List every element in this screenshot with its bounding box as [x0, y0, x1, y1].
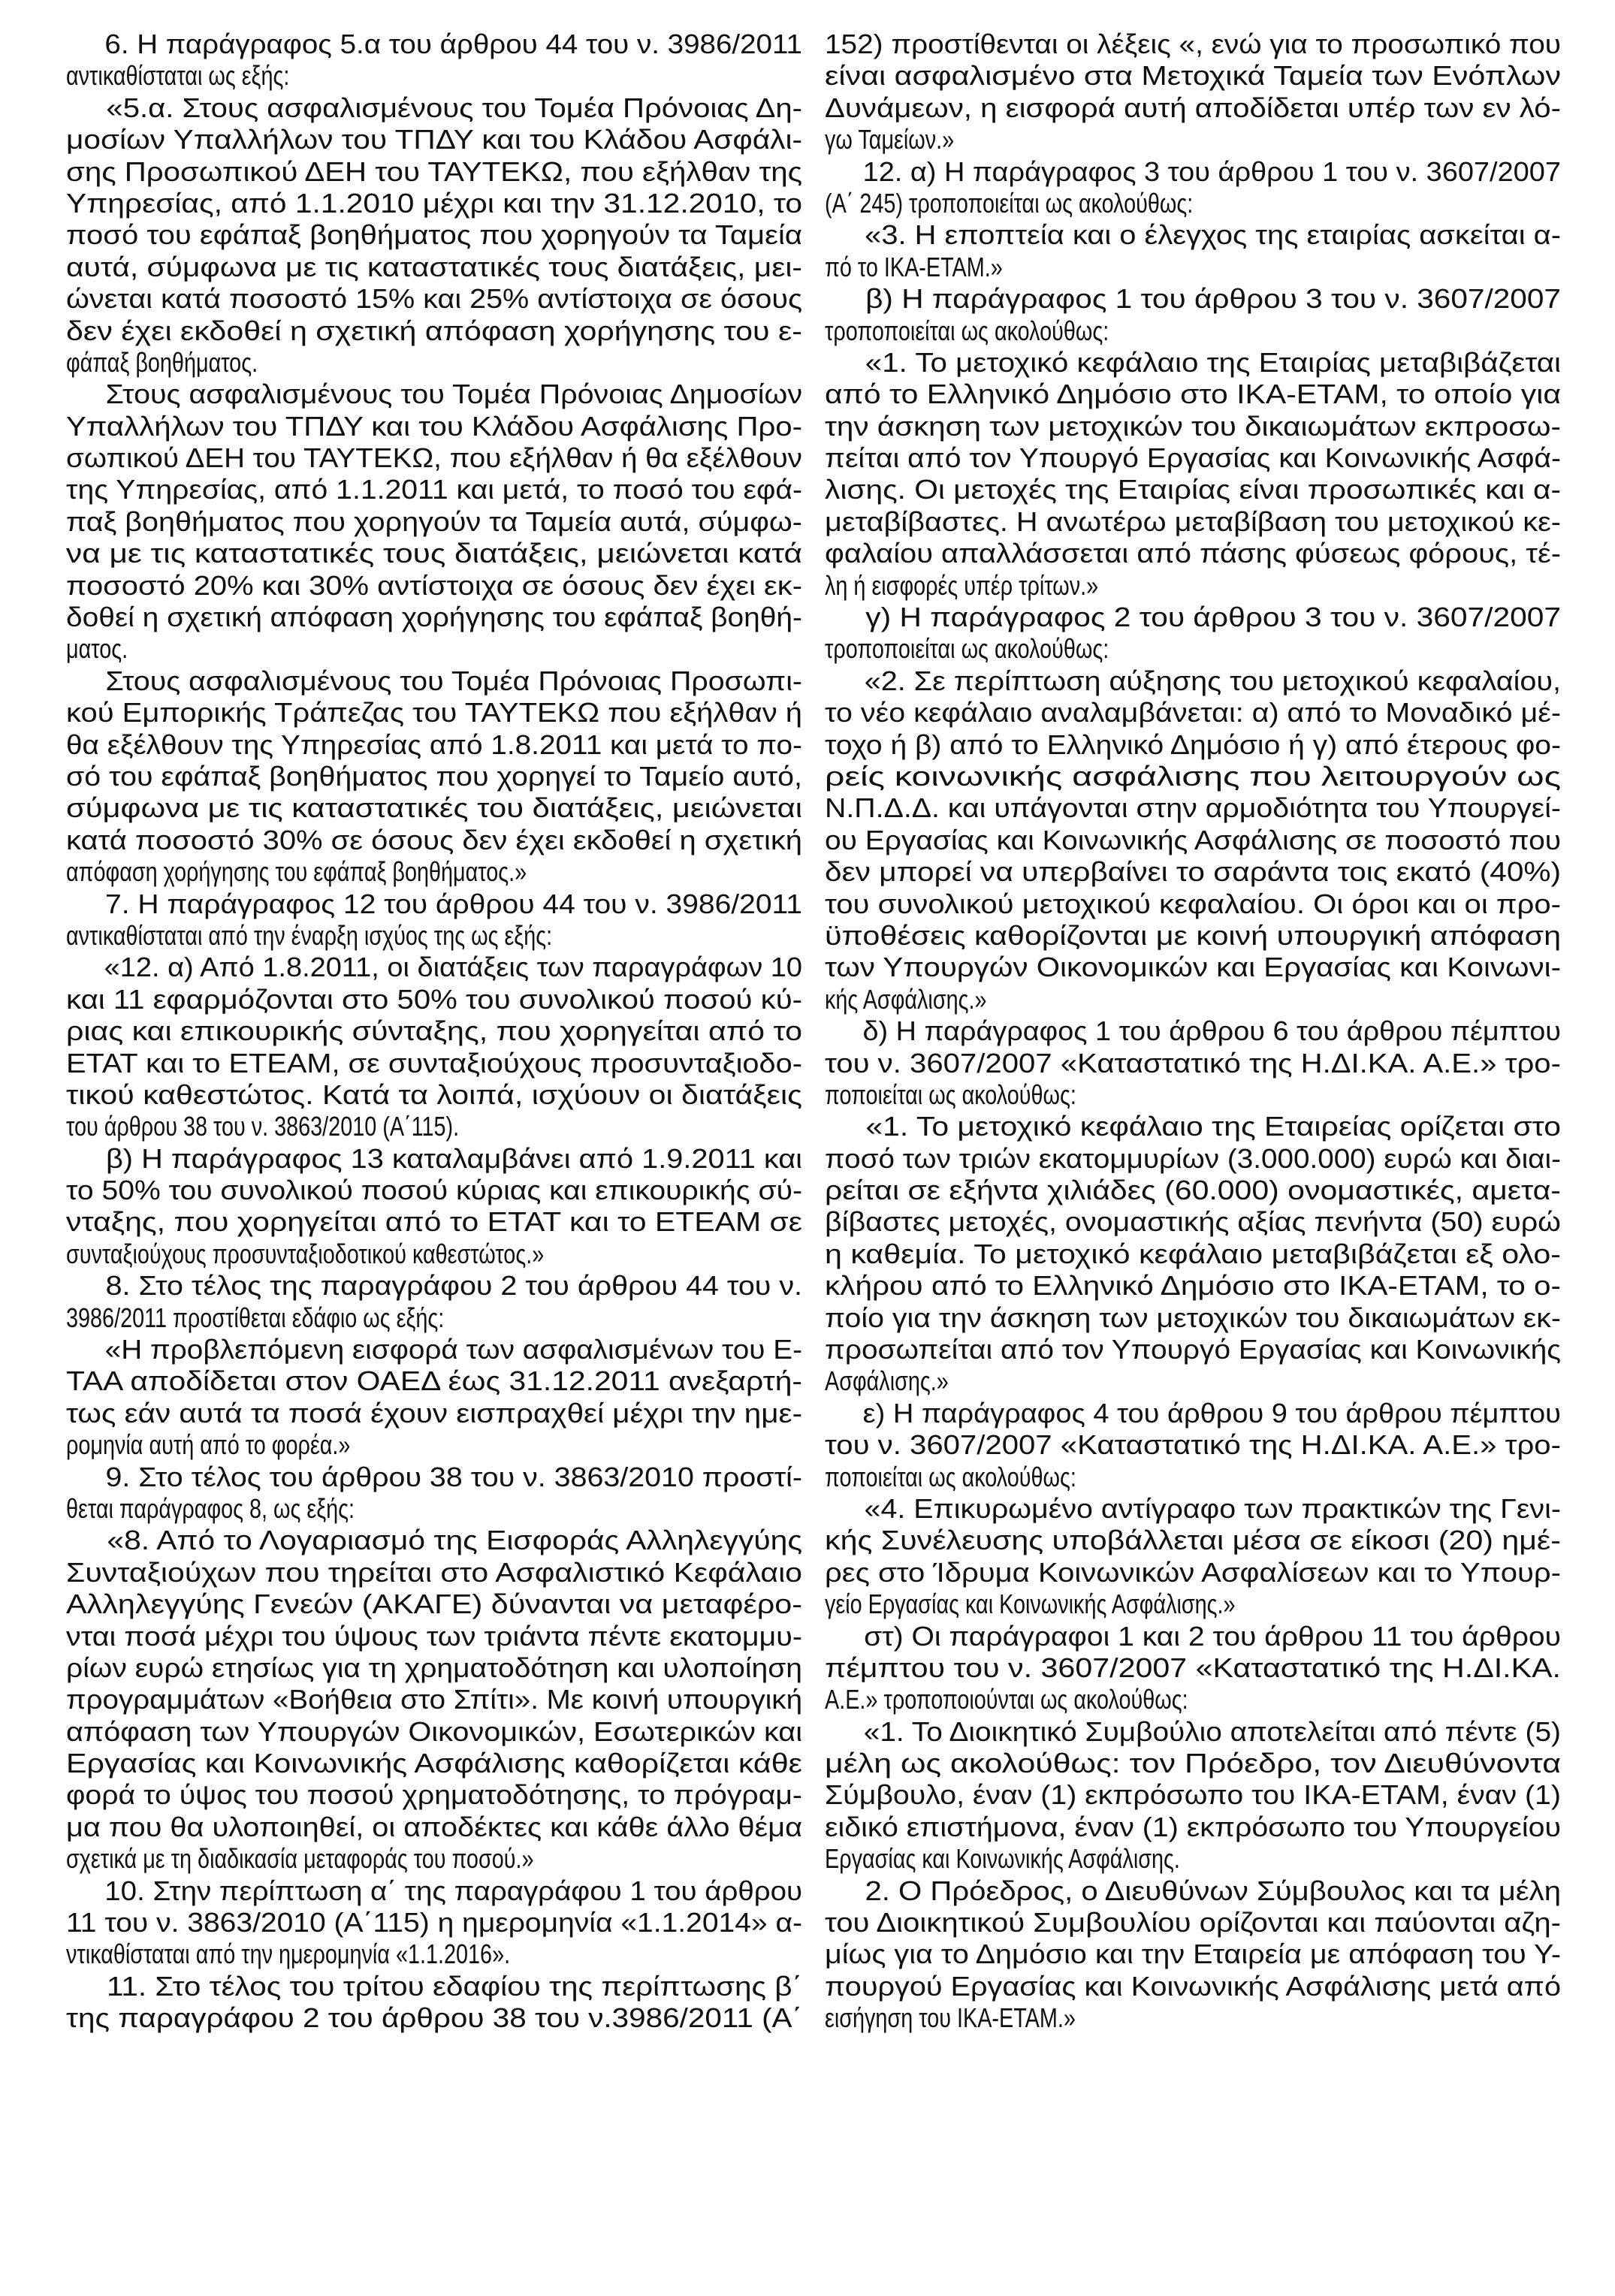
paragraph-first-line: «1. Το Διοικητικό Συμβούλιο αποτελείται …	[825, 1716, 1561, 1748]
paragraph-first-line: «2. Σε περίπτωση αύξησης του μετοχικού κ…	[825, 665, 1561, 697]
line-text: Αλληλεγγύης Γενεών (ΑΚΑΓΕ) δύνανται να μ…	[66, 1588, 802, 1620]
line-text: του άρθρου 38 του ν. 3863/2010 (Α΄115).	[66, 1111, 459, 1142]
line-text: Ασφάλισης.»	[825, 1365, 949, 1397]
line-text: Δυνάμεων, η εισφορά αυτή αποδίδεται υπέρ…	[825, 92, 1561, 124]
paragraph-first-line: «12. α) Από 1.8.2011, οι διατάξεις των π…	[66, 952, 802, 983]
paragraph-first-line: 10. Στην περίπτωση α΄ της παραγράφου 1 τ…	[66, 1875, 802, 1907]
line-text: ποσοστό 20% και 30% αντίστοιχα σε όσους …	[66, 570, 802, 602]
line-text: του ν. 3607/2007 «Καταστατικό της Η.ΔΙ.Κ…	[825, 1048, 1561, 1079]
text-line: 11 του ν. 3863/2010 (Α΄115) η ημερομηνία…	[66, 1907, 802, 1938]
line-text: αντικαθίσταται ως εξής:	[66, 60, 289, 92]
text-line: η καθεμία. Το μετοχικό κεφάλαιο μεταβιβά…	[825, 1239, 1561, 1270]
paragraph-first-line: ε) Η παράγραφος 4 του άρθρου 9 του άρθρο…	[825, 1398, 1561, 1429]
text-line: ρείται σε εξήντα χιλιάδες (60.000) ονομα…	[825, 1175, 1561, 1206]
text-line: ρείς κοινωνικής ασφάλισης που λειτουργού…	[825, 761, 1561, 792]
line-text: ποποιείται ως ακολούθως:	[825, 1079, 1076, 1111]
line-text: συνταξιούχους προσυνταξιοδοτικού καθεστώ…	[66, 1239, 544, 1270]
line-text: γ) Η παράγραφος 2 του άρθρου 3 του ν. 36…	[825, 602, 1561, 633]
text-line: τικού καθεστώτος. Κατά τα λοιπά, ισχύουν…	[66, 1079, 802, 1111]
line-text: του ν. 3607/2007 «Καταστατικό της Η.ΔΙ.Κ…	[825, 1429, 1561, 1461]
line-text: της Υπηρεσίας, από 1.1.2011 και μετά, το…	[66, 474, 802, 505]
paragraph-first-line: «1. Το μετοχικό κεφάλαιο της Εταιρείας ο…	[825, 1111, 1561, 1142]
paragraph-first-line: «3. Η εποπτεία και ο έλεγχος της εταιρία…	[825, 219, 1561, 251]
line-text: η καθεμία. Το μετοχικό κεφάλαιο μεταβιβά…	[825, 1239, 1561, 1270]
text-line: φαλαίου απαλλάσσεται από πάσης φύσεως φό…	[825, 538, 1561, 569]
line-text: φαλαίου απαλλάσσεται από πάσης φύσεως φό…	[825, 538, 1561, 569]
text-line: προγραμμάτων «Βοήθεια στο Σπίτι». Με κοι…	[66, 1684, 802, 1715]
line-text: μοσίων Υπαλλήλων του ΤΠΔΥ και του Κλάδου…	[66, 124, 802, 155]
text-line: τροποποιείται ως ακολούθως:	[825, 315, 1561, 347]
right-text-column: 152) προστίθενται οι λέξεις «, ενώ για τ…	[825, 29, 1561, 2035]
line-text: ριας και επικουρικής σύνταξης, που χορηγ…	[66, 1015, 802, 1047]
text-line: ποποιείται ως ακολούθως:	[825, 1079, 1561, 1111]
line-text: δοθεί η σχετική απόφαση χορήγησης του εφ…	[66, 602, 802, 633]
text-line: ου Εργασίας και Κοινωνικής Ασφάλισης σε …	[825, 825, 1561, 856]
text-line: το 50% του συνολικού ποσού κύριας και επ…	[66, 1175, 802, 1206]
line-text: πείται από τον Υπουργό Εργασίας και Κοιν…	[825, 442, 1561, 474]
text-line: ποσό του εφάπαξ βοηθήματος που χορηγούν …	[66, 219, 802, 251]
line-text: του συνολικού μετοχικού κεφαλαίου. Οι όρ…	[825, 889, 1561, 920]
line-text: της παραγράφου 2 του άρθρου 38 του ν.398…	[66, 2002, 802, 2034]
text-line: γω Ταμείων.»	[825, 124, 1561, 155]
line-text: ου Εργασίας και Κοινωνικής Ασφάλισης σε …	[825, 825, 1561, 856]
text-line: 152) προστίθενται οι λέξεις «, ενώ για τ…	[825, 29, 1561, 60]
line-text: ποίο για την άσκηση των μετοχικών του δι…	[825, 1302, 1561, 1334]
line-text: είναι ασφαλισμένο στα Μετοχικά Ταμεία τω…	[825, 60, 1561, 92]
text-line: κλήρου από το Ελληνικό Δημόσιο στο ΙΚΑ-Ε…	[825, 1270, 1561, 1302]
line-text: «8. Από το Λογαριασμό της Εισφοράς Αλληλ…	[66, 1525, 802, 1556]
text-line: (Α΄ 245) τροποποιείται ως ακολούθως:	[825, 188, 1561, 219]
line-text: «5.α. Στους ασφαλισμένους του Τομέα Πρόν…	[66, 92, 802, 124]
text-line: Α.Ε.» τροποποιούνται ως ακολούθως:	[825, 1684, 1561, 1715]
line-text: «2. Σε περίπτωση αύξησης του μετοχικού κ…	[825, 665, 1561, 697]
line-text: ρείς κοινωνικής ασφάλισης που λειτουργού…	[825, 761, 1561, 792]
text-line: τροποποιείται ως ακολούθως:	[825, 633, 1561, 665]
text-line: θα εξέλθουν της Υπηρεσίας από 1.8.2011 κ…	[66, 729, 802, 761]
text-line: σωπικού ΔΕΗ του ΤΑΥΤΕΚΩ, που εξήλθαν ή θ…	[66, 442, 802, 474]
line-text: ποποιείται ως ακολούθως:	[825, 1462, 1076, 1493]
paragraph-first-line: 11. Στο τέλος του τρίτου εδαφίου της περ…	[66, 1971, 802, 2002]
text-line: νται ποσά μέχρι του ύψους των τριάντα πέ…	[66, 1621, 802, 1652]
line-text: ποσό του εφάπαξ βοηθήματος που χορηγούν …	[66, 219, 802, 251]
line-text: 12. α) Η παράγραφος 3 του άρθρου 1 του ν…	[825, 156, 1561, 188]
text-line: αντικαθίσταται από την έναρξη ισχύος της…	[66, 920, 802, 952]
line-text: ρες στο Ίδρυμα Κοινωνικών Ασφαλίσεων και…	[825, 1557, 1561, 1588]
text-line: απόφαση των Υπουργών Οικονομικών, Εσωτερ…	[66, 1716, 802, 1748]
line-text: απόφαση των Υπουργών Οικονομικών, Εσωτερ…	[66, 1716, 802, 1748]
text-line: δεν μπορεί να υπερβαίνει το σαράντα τοις…	[825, 856, 1561, 888]
line-text: 6. Η παράγραφος 5.α του άρθρου 44 του ν.…	[66, 29, 802, 60]
text-line: 3986/2011 προστίθεται εδάφιο ως εξής:	[66, 1302, 802, 1334]
text-line: πείται από τον Υπουργό Εργασίας και Κοιν…	[825, 442, 1561, 474]
text-line: και 11 εφαρμόζονται στο 50% του συνολικο…	[66, 984, 802, 1015]
text-line: Εργασίας και Κοινωνικής Ασφάλισης.	[825, 1843, 1561, 1875]
text-line: λισης. Οι μετοχές της Εταιρίας είναι προ…	[825, 474, 1561, 505]
text-line: του συνολικού μετοχικού κεφαλαίου. Οι όρ…	[825, 889, 1561, 920]
line-text: τροποποιείται ως ακολούθως:	[825, 315, 1109, 347]
line-text: σχετικά με τη διαδικασία μεταφοράς του π…	[66, 1843, 534, 1875]
text-line: του ν. 3607/2007 «Καταστατικό της Η.ΔΙ.Κ…	[825, 1048, 1561, 1079]
line-text: Στους ασφαλισμένους του Τομέα Πρόνοιας Π…	[66, 665, 802, 697]
line-text: Σύμβουλο, έναν (1) εκπρόσωπο του ΙΚΑ-ΕΤΑ…	[825, 1779, 1561, 1811]
line-text: Εργασίας και Κοινωνικής Ασφάλισης.	[825, 1843, 1180, 1875]
text-line: ποσοστό 20% και 30% αντίστοιχα σε όσους …	[66, 570, 802, 602]
line-text: εισήγηση του ΙΚΑ-ΕΤΑΜ.»	[825, 2002, 1076, 2034]
text-line: της Υπηρεσίας, από 1.1.2011 και μετά, το…	[66, 474, 802, 505]
line-text: ώνεται κατά ποσοστό 15% και 25% αντίστοι…	[66, 283, 802, 315]
text-line: Σύμβουλο, έναν (1) εκπρόσωπο του ΙΚΑ-ΕΤΑ…	[825, 1779, 1561, 1811]
line-text: θεται παράγραφος 8, ως εξής:	[66, 1493, 355, 1525]
line-text: απόφαση χορήγησης του εφάπαξ βοηθήματος.…	[66, 856, 527, 888]
text-line: το νέο κεφάλαιο αναλαμβάνεται: α) από το…	[825, 697, 1561, 729]
text-line: Αλληλεγγύης Γενεών (ΑΚΑΓΕ) δύνανται να μ…	[66, 1588, 802, 1620]
text-line: Εργασίας και Κοινωνικής Ασφάλισης καθορί…	[66, 1748, 802, 1779]
text-line: Ν.Π.Δ.Δ. και υπάγονται στην αρμοδιότητα …	[825, 792, 1561, 824]
text-line: ριας και επικουρικής σύνταξης, που χορηγ…	[66, 1015, 802, 1047]
line-text: μέλη ως ακολούθως: τον Πρόεδρο, τον Διευ…	[825, 1748, 1561, 1779]
line-text: τως εάν αυτά τα ποσά έχουν εισπραχθεί μέ…	[66, 1398, 802, 1429]
line-text: Υπαλλήλων του ΤΠΔΥ και του Κλάδου Ασφάλι…	[66, 411, 802, 442]
line-text: και 11 εφαρμόζονται στο 50% του συνολικο…	[66, 984, 802, 1015]
line-text: φάπαξ βοηθήματος.	[66, 347, 258, 379]
line-text: ε) Η παράγραφος 4 του άρθρου 9 του άρθρο…	[825, 1398, 1561, 1429]
text-line: του άρθρου 38 του ν. 3863/2010 (Α΄115).	[66, 1111, 802, 1142]
text-line: μοσίων Υπαλλήλων του ΤΠΔΥ και του Κλάδου…	[66, 124, 802, 155]
line-text: στ) Οι παράγραφοι 1 και 2 του άρθρου 11 …	[825, 1621, 1561, 1652]
line-text: το 50% του συνολικού ποσού κύριας και επ…	[66, 1175, 802, 1206]
line-text: παξ βοηθήματος που χορηγούν τα Ταμεία αυ…	[66, 506, 802, 538]
line-text: κής Συνέλευσης υποβάλλεται μέσα σε είκοσ…	[825, 1525, 1561, 1556]
line-text: σό του εφάπαξ βοηθήματος που χορηγεί το …	[66, 761, 802, 792]
text-line: σύμφωνα με τις καταστατικές του διατάξει…	[66, 792, 802, 824]
line-text: θα εξέλθουν της Υπηρεσίας από 1.8.2011 κ…	[66, 729, 802, 761]
text-line: πέμπτου του ν. 3607/2007 «Καταστατικό τη…	[825, 1652, 1561, 1684]
text-line: δοθεί η σχετική απόφαση χορήγησης του εφ…	[66, 602, 802, 633]
text-line: κατά ποσοστό 30% σε όσους δεν έχει εκδοθ…	[66, 825, 802, 856]
paragraph-first-line: 9. Στο τέλος του άρθρου 38 του ν. 3863/2…	[66, 1462, 802, 1493]
text-line: των Υπουργών Οικονομικών και Εργασίας κα…	[825, 952, 1561, 983]
text-line: Υπηρεσίας, από 1.1.2010 μέχρι και την 31…	[66, 188, 802, 219]
text-line: πό το ΙΚΑ-ΕΤΑΜ.»	[825, 252, 1561, 283]
paragraph-first-line: β) Η παράγραφος 1 του άρθρου 3 του ν. 36…	[825, 283, 1561, 315]
text-line: τοχο ή β) από το Ελληνικό Δημόσιο ή γ) α…	[825, 729, 1561, 761]
line-text: μίως για το Δημόσιο και την Εταιρεία με …	[825, 1938, 1561, 1970]
paragraph-first-line: «Η προβλεπόμενη εισφορά των ασφαλισμένων…	[66, 1334, 802, 1365]
line-text: τοχο ή β) από το Ελληνικό Δημόσιο ή γ) α…	[825, 729, 1561, 761]
paragraph-first-line: «8. Από το Λογαριασμό της Εισφοράς Αλληλ…	[66, 1525, 802, 1556]
line-text: 3986/2011 προστίθεται εδάφιο ως εξής:	[66, 1302, 444, 1334]
paragraph-first-line: δ) Η παράγραφος 1 του άρθρου 6 του άρθρο…	[825, 1015, 1561, 1047]
text-line: απόφαση χορήγησης του εφάπαξ βοηθήματος.…	[66, 856, 802, 888]
paragraph-first-line: «5.α. Στους ασφαλισμένους του Τομέα Πρόν…	[66, 92, 802, 124]
text-line: συνταξιούχους προσυνταξιοδοτικού καθεστώ…	[66, 1239, 802, 1270]
line-text: β) Η παράγραφος 1 του άρθρου 3 του ν. 36…	[825, 283, 1561, 315]
line-text: να με τις καταστατικές τους διατάξεις, μ…	[66, 538, 802, 569]
text-line: ρίων ευρώ ετησίως για τη χρηματοδότηση κ…	[66, 1652, 802, 1684]
line-text: ποσό των τριών εκατομμυρίων (3.000.000) …	[825, 1143, 1561, 1175]
line-text: Ν.Π.Δ.Δ. και υπάγονται στην αρμοδιότητα …	[825, 792, 1561, 824]
line-text: αντικαθίσταται από την έναρξη ισχύος της…	[66, 920, 552, 952]
text-line: ντικαθίσταται από την ημερομηνία «1.1.20…	[66, 1938, 802, 1970]
line-text: Εργασίας και Κοινωνικής Ασφάλισης καθορί…	[66, 1748, 802, 1779]
line-text: 11 του ν. 3863/2010 (Α΄115) η ημερομηνία…	[66, 1907, 802, 1938]
text-line: ρες στο Ίδρυμα Κοινωνικών Ασφαλίσεων και…	[825, 1557, 1561, 1588]
line-text: (Α΄ 245) τροποποιείται ως ακολούθως:	[825, 188, 1193, 219]
line-text: δεν έχει εκδοθεί η σχετική απόφαση χορήγ…	[66, 315, 802, 347]
line-text: πουργού Εργασίας και Κοινωνικής Ασφάλιση…	[825, 1971, 1561, 2002]
text-line: φορά το ύψος του ποσού χρηματοδότησης, τ…	[66, 1779, 802, 1811]
text-line: Συνταξιούχων που τηρείται στο Ασφαλιστικ…	[66, 1557, 802, 1588]
text-line: θεται παράγραφος 8, ως εξής:	[66, 1493, 802, 1525]
line-text: β) Η παράγραφος 13 καταλαμβάνει από 1.9.…	[66, 1143, 802, 1175]
line-text: «12. α) Από 1.8.2011, οι διατάξεις των π…	[66, 952, 802, 983]
text-line: ποσό των τριών εκατομμυρίων (3.000.000) …	[825, 1143, 1561, 1175]
line-text: τροποποιείται ως ακολούθως:	[825, 633, 1109, 665]
left-text-column: 6. Η παράγραφος 5.α του άρθρου 44 του ν.…	[66, 29, 802, 2035]
line-text: πέμπτου του ν. 3607/2007 «Καταστατικό τη…	[825, 1652, 1561, 1684]
line-text: «1. Το Διοικητικό Συμβούλιο αποτελείται …	[825, 1716, 1561, 1748]
line-text: ρείται σε εξήντα χιλιάδες (60.000) ονομα…	[825, 1175, 1561, 1206]
text-line: Υπαλλήλων του ΤΠΔΥ και του Κλάδου Ασφάλι…	[66, 411, 802, 442]
document-page: 6. Η παράγραφος 5.α του άρθρου 44 του ν.…	[0, 0, 1615, 2296]
line-text: μεταβίβαστες. Η ανωτέρω μεταβίβαση του μ…	[825, 506, 1561, 538]
line-text: κής Ασφάλισης.»	[825, 984, 987, 1015]
line-text: ΕΤΑΤ και το ΕΤΕΑΜ, σε συνταξιούχους προσ…	[66, 1048, 802, 1079]
line-text: νται ποσά μέχρι του ύψους των τριάντα πέ…	[66, 1621, 802, 1652]
text-line: ΤΑΑ αποδίδεται στον ΟΑΕΔ έως 31.12.2011 …	[66, 1365, 802, 1397]
text-line: σχετικά με τη διαδικασία μεταφοράς του π…	[66, 1843, 802, 1875]
text-line: να με τις καταστατικές τους διατάξεις, μ…	[66, 538, 802, 569]
line-text: Υπηρεσίας, από 1.1.2010 μέχρι και την 31…	[66, 188, 802, 219]
line-text: κού Εμπορικής Τράπεζας του ΤΑΥΤΕΚΩ που ε…	[66, 697, 802, 729]
text-line: μίως για το Δημόσιο και την Εταιρεία με …	[825, 1938, 1561, 1970]
text-line: κής Ασφάλισης.»	[825, 984, 1561, 1015]
line-text: φορά το ύψος του ποσού χρηματοδότησης, τ…	[66, 1779, 802, 1811]
line-text: βίβαστες μετοχές, ονομαστικής αξίας πενή…	[825, 1206, 1561, 1238]
text-line: είναι ασφαλισμένο στα Μετοχικά Ταμεία τω…	[825, 60, 1561, 92]
paragraph-first-line: «1. Το μετοχικό κεφάλαιο της Εταιρίας με…	[825, 347, 1561, 379]
line-text: κλήρου από το Ελληνικό Δημόσιο στο ΙΚΑ-Ε…	[825, 1270, 1561, 1302]
text-line: βίβαστες μετοχές, ονομαστικής αξίας πενή…	[825, 1206, 1561, 1238]
paragraph-first-line: γ) Η παράγραφος 2 του άρθρου 3 του ν. 36…	[825, 602, 1561, 633]
paragraph-first-line: στ) Οι παράγραφοι 1 και 2 του άρθρου 11 …	[825, 1621, 1561, 1652]
line-text: λισης. Οι μετοχές της Εταιρίας είναι προ…	[825, 474, 1561, 505]
text-line: από το Ελληνικό Δημόσιο στο ΙΚΑ-ΕΤΑΜ, το…	[825, 379, 1561, 410]
line-text: σης Προσωπικού ΔΕΗ του ΤΑΥΤΕΚΩ, που εξήλ…	[66, 156, 802, 188]
text-line: Δυνάμεων, η εισφορά αυτή αποδίδεται υπέρ…	[825, 92, 1561, 124]
paragraph-first-line: 2. Ο Πρόεδρος, ο Διευθύνων Σύμβουλος και…	[825, 1875, 1561, 1907]
line-text: ντικαθίσταται από την ημερομηνία «1.1.20…	[66, 1938, 510, 1970]
text-line: μέλη ως ακολούθως: τον Πρόεδρο, τον Διευ…	[825, 1748, 1561, 1779]
line-text: «1. Το μετοχικό κεφάλαιο της Εταιρείας ο…	[825, 1111, 1561, 1142]
text-line: ρομηνία αυτή από το φορέα.»	[66, 1429, 802, 1461]
text-line: κής Συνέλευσης υποβάλλεται μέσα σε είκοσ…	[825, 1525, 1561, 1556]
line-text: το νέο κεφάλαιο αναλαμβάνεται: α) από το…	[825, 697, 1561, 729]
paragraph-first-line: 8. Στο τέλος της παραγράφου 2 του άρθρου…	[66, 1270, 802, 1302]
text-line: ποίο για την άσκηση των μετοχικών του δι…	[825, 1302, 1561, 1334]
line-text: του Διοικητικού Συμβουλίου ορίζονται και…	[825, 1907, 1561, 1938]
line-text: 10. Στην περίπτωση α΄ της παραγράφου 1 τ…	[66, 1875, 802, 1907]
line-text: δεν μπορεί να υπερβαίνει το σαράντα τοις…	[825, 856, 1561, 888]
line-text: ρομηνία αυτή από το φορέα.»	[66, 1429, 350, 1461]
text-line: γείο Εργασίας και Κοινωνικής Ασφάλισης.»	[825, 1588, 1561, 1620]
line-text: των Υπουργών Οικονομικών και Εργασίας κα…	[825, 952, 1561, 983]
text-line: της παραγράφου 2 του άρθρου 38 του ν.398…	[66, 2002, 802, 2034]
paragraph-first-line: 6. Η παράγραφος 5.α του άρθρου 44 του ν.…	[66, 29, 802, 60]
line-text: λη ή εισφορές υπέρ τρίτων.»	[825, 570, 1098, 602]
line-text: 9. Στο τέλος του άρθρου 38 του ν. 3863/2…	[66, 1462, 802, 1493]
line-text: γω Ταμείων.»	[825, 124, 954, 155]
text-line: του ν. 3607/2007 «Καταστατικό της Η.ΔΙ.Κ…	[825, 1429, 1561, 1461]
text-line: πουργού Εργασίας και Κοινωνικής Ασφάλιση…	[825, 1971, 1561, 2002]
text-line: ματος.	[66, 633, 802, 665]
line-text: ΤΑΑ αποδίδεται στον ΟΑΕΔ έως 31.12.2011 …	[66, 1365, 802, 1397]
text-line: νταξης, που χορηγείται από το ΕΤΑΤ και τ…	[66, 1206, 802, 1238]
line-text: μα που θα υλοποιηθεί, οι αποδέκτες και κ…	[66, 1812, 802, 1843]
line-text: ρίων ευρώ ετησίως για τη χρηματοδότηση κ…	[66, 1652, 802, 1684]
line-text: «4. Επικυρωμένο αντίγραφο των πρακτικών …	[825, 1493, 1561, 1525]
line-text: κατά ποσοστό 30% σε όσους δεν έχει εκδοθ…	[66, 825, 802, 856]
line-text: γείο Εργασίας και Κοινωνικής Ασφάλισης.»	[825, 1588, 1236, 1620]
line-text: 2. Ο Πρόεδρος, ο Διευθύνων Σύμβουλος και…	[825, 1875, 1561, 1907]
line-text: ειδικό επιστήμονα, έναν (1) εκπρόσωπο το…	[825, 1812, 1561, 1843]
paragraph-first-line: 7. Η παράγραφος 12 του άρθρου 44 του ν. …	[66, 889, 802, 920]
text-line: λη ή εισφορές υπέρ τρίτων.»	[825, 570, 1561, 602]
paragraph-first-line: «4. Επικυρωμένο αντίγραφο των πρακτικών …	[825, 1493, 1561, 1525]
line-text: 152) προστίθενται οι λέξεις «, ενώ για τ…	[825, 29, 1561, 60]
line-text: πό το ΙΚΑ-ΕΤΑΜ.»	[825, 252, 1003, 283]
text-line: αντικαθίσταται ως εξής:	[66, 60, 802, 92]
line-text: την άσκηση των μετοχικών του δικαιωμάτων…	[825, 411, 1561, 442]
paragraph-first-line: Στους ασφαλισμένους του Τομέα Πρόνοιας Π…	[66, 665, 802, 697]
text-line: προσωπείται από τον Υπουργό Εργασίας και…	[825, 1334, 1561, 1365]
line-text: τικού καθεστώτος. Κατά τα λοιπά, ισχύουν…	[66, 1079, 802, 1111]
line-text: Α.Ε.» τροποποιούνται ως ακολούθως:	[825, 1684, 1188, 1715]
text-line: σό του εφάπαξ βοηθήματος που χορηγεί το …	[66, 761, 802, 792]
text-line: κού Εμπορικής Τράπεζας του ΤΑΥΤΕΚΩ που ε…	[66, 697, 802, 729]
line-text: Συνταξιούχων που τηρείται στο Ασφαλιστικ…	[66, 1557, 802, 1588]
text-line: την άσκηση των μετοχικών του δικαιωμάτων…	[825, 411, 1561, 442]
text-line: τως εάν αυτά τα ποσά έχουν εισπραχθεί μέ…	[66, 1398, 802, 1429]
text-line: ώνεται κατά ποσοστό 15% και 25% αντίστοι…	[66, 283, 802, 315]
text-line: αυτά, σύμφωνα με τις καταστατικές τους δ…	[66, 252, 802, 283]
text-line: φάπαξ βοηθήματος.	[66, 347, 802, 379]
line-text: προγραμμάτων «Βοήθεια στο Σπίτι». Με κοι…	[66, 1684, 802, 1715]
line-text: σωπικού ΔΕΗ του ΤΑΥΤΕΚΩ, που εξήλθαν ή θ…	[66, 442, 802, 474]
text-line: σης Προσωπικού ΔΕΗ του ΤΑΥΤΕΚΩ, που εξήλ…	[66, 156, 802, 188]
line-text: «3. Η εποπτεία και ο έλεγχος της εταιρία…	[825, 219, 1561, 251]
line-text: ϋποθέσεις καθορίζονται με κοινή υπουργικ…	[825, 920, 1561, 952]
line-text: νταξης, που χορηγείται από το ΕΤΑΤ και τ…	[66, 1206, 802, 1238]
line-text: «1. Το μετοχικό κεφάλαιο της Εταιρίας με…	[825, 347, 1561, 379]
line-text: 8. Στο τέλος της παραγράφου 2 του άρθρου…	[66, 1270, 802, 1302]
text-line: Ασφάλισης.»	[825, 1365, 1561, 1397]
line-text: 11. Στο τέλος του τρίτου εδαφίου της περ…	[66, 1971, 802, 2002]
text-line: ΕΤΑΤ και το ΕΤΕΑΜ, σε συνταξιούχους προσ…	[66, 1048, 802, 1079]
text-line: του Διοικητικού Συμβουλίου ορίζονται και…	[825, 1907, 1561, 1938]
line-text: ματος.	[66, 633, 128, 665]
line-text: Στους ασφαλισμένους του Τομέα Πρόνοιας Δ…	[66, 379, 802, 410]
line-text: σύμφωνα με τις καταστατικές του διατάξει…	[66, 792, 802, 824]
text-line: δεν έχει εκδοθεί η σχετική απόφαση χορήγ…	[66, 315, 802, 347]
text-line: ποποιείται ως ακολούθως:	[825, 1462, 1561, 1493]
text-line: ϋποθέσεις καθορίζονται με κοινή υπουργικ…	[825, 920, 1561, 952]
text-line: μα που θα υλοποιηθεί, οι αποδέκτες και κ…	[66, 1812, 802, 1843]
paragraph-first-line: Στους ασφαλισμένους του Τομέα Πρόνοιας Δ…	[66, 379, 802, 410]
line-text: από το Ελληνικό Δημόσιο στο ΙΚΑ-ΕΤΑΜ, το…	[825, 379, 1561, 410]
text-line: ειδικό επιστήμονα, έναν (1) εκπρόσωπο το…	[825, 1812, 1561, 1843]
line-text: αυτά, σύμφωνα με τις καταστατικές τους δ…	[66, 252, 802, 283]
line-text: δ) Η παράγραφος 1 του άρθρου 6 του άρθρο…	[825, 1015, 1561, 1047]
line-text: 7. Η παράγραφος 12 του άρθρου 44 του ν. …	[66, 889, 802, 920]
paragraph-first-line: β) Η παράγραφος 13 καταλαμβάνει από 1.9.…	[66, 1143, 802, 1175]
paragraph-first-line: 12. α) Η παράγραφος 3 του άρθρου 1 του ν…	[825, 156, 1561, 188]
text-line: μεταβίβαστες. Η ανωτέρω μεταβίβαση του μ…	[825, 506, 1561, 538]
line-text: «Η προβλεπόμενη εισφορά των ασφαλισμένων…	[66, 1334, 802, 1365]
line-text: προσωπείται από τον Υπουργό Εργασίας και…	[825, 1334, 1561, 1365]
text-line: παξ βοηθήματος που χορηγούν τα Ταμεία αυ…	[66, 506, 802, 538]
text-line: εισήγηση του ΙΚΑ-ΕΤΑΜ.»	[825, 2002, 1561, 2034]
